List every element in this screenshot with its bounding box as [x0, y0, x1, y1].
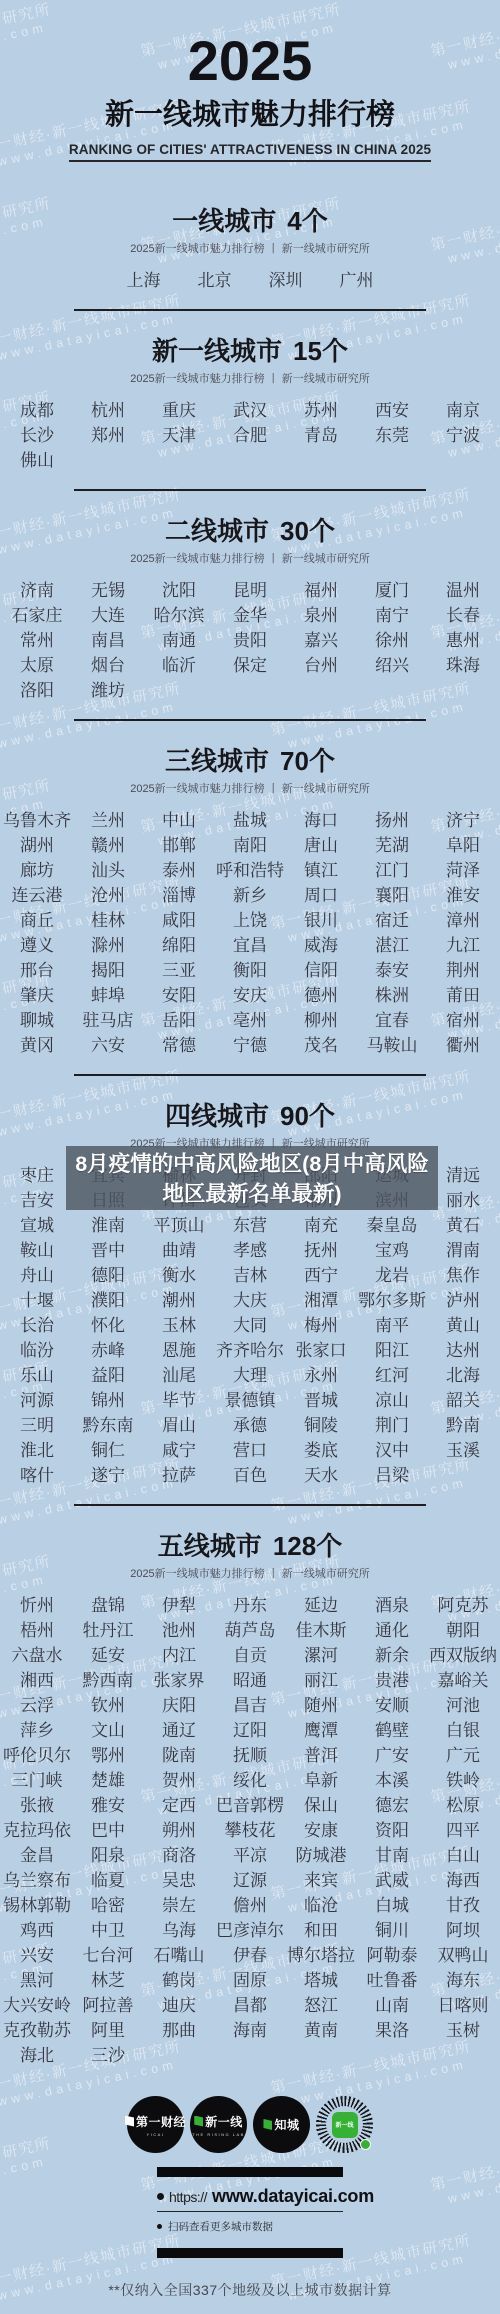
- qr-code-logo: 新一线: [316, 2096, 373, 2153]
- city-name: 攀枝花: [215, 1818, 286, 1843]
- city-name: 株洲: [357, 983, 428, 1008]
- city-name: 嘉兴: [286, 628, 357, 653]
- city-name: 甘南: [357, 1843, 428, 1868]
- city-name: 海西: [428, 1868, 499, 1893]
- city-name: 肇庆: [2, 983, 73, 1008]
- city-name: 黑河: [2, 1968, 73, 1993]
- city-name: 毕节: [144, 1388, 215, 1413]
- city-name: 河池: [428, 1693, 499, 1718]
- city-name: 南平: [357, 1313, 428, 1338]
- city-name: 邢台: [2, 958, 73, 983]
- city-name: 平顶山: [144, 1213, 215, 1238]
- city-name: 淮安: [428, 883, 499, 908]
- footer: 第一财经 YICAI 新一线 THE RISING LAB 知城 新一线 htt…: [0, 2096, 500, 2300]
- city-name: 西安: [357, 398, 428, 423]
- city-name: 大理: [215, 1363, 286, 1388]
- section-divider: [74, 1074, 426, 1076]
- city-name: 珠海: [428, 653, 499, 678]
- city-name: 鸡西: [2, 1918, 73, 1943]
- city-name: 武威: [357, 1868, 428, 1893]
- city-name: 金华: [215, 603, 286, 628]
- city-name: 荆门: [357, 1413, 428, 1438]
- city-name: 阳泉: [73, 1843, 144, 1868]
- city-name: 资阳: [357, 1818, 428, 1843]
- city-name: 上饶: [215, 908, 286, 933]
- section-divider: [74, 719, 426, 721]
- city-name: 伊犁: [144, 1593, 215, 1618]
- city-name: 儋州: [215, 1893, 286, 1918]
- city-name: 平凉: [215, 1843, 286, 1868]
- footer-bar-top: [157, 2167, 343, 2177]
- city-name: 安顺: [357, 1693, 428, 1718]
- city-name: 铜仁: [73, 1438, 144, 1463]
- city-name: 晋城: [286, 1388, 357, 1413]
- city-name: 玉林: [144, 1313, 215, 1338]
- city-name: 安康: [286, 1818, 357, 1843]
- scan-hint-text: 扫码查看更多城市数据: [168, 2219, 273, 2234]
- city-name: 鄂州: [73, 1743, 144, 1768]
- city-name: 盘锦: [73, 1593, 144, 1618]
- city-name: 信阳: [286, 958, 357, 983]
- city-name: 韶关: [428, 1388, 499, 1413]
- city-name: 江门: [357, 858, 428, 883]
- city-name: 十堰: [2, 1288, 73, 1313]
- city-name: 辽源: [215, 1868, 286, 1893]
- city-name: 沈阳: [144, 578, 215, 603]
- city-name: 昆明: [215, 578, 286, 603]
- city-name: 定西: [144, 1793, 215, 1818]
- city-name: 临沧: [286, 1893, 357, 1918]
- city-name: 梧州: [2, 1618, 73, 1643]
- city-name: 烟台: [73, 653, 144, 678]
- city-name: 塔城: [286, 1968, 357, 1993]
- rising-lab-mark-icon: [194, 2116, 203, 2127]
- city-name: 聊城: [2, 1008, 73, 1033]
- city-name: 龙岩: [357, 1263, 428, 1288]
- city-name: 天水: [286, 1463, 357, 1488]
- url-host: www.datayicai.com: [212, 2186, 374, 2207]
- city-name: 菏泽: [428, 858, 499, 883]
- city-name: 新乡: [215, 883, 286, 908]
- city-name: 中山: [144, 808, 215, 833]
- city-name: 昌都: [215, 1993, 286, 2018]
- city-name: 芜湖: [357, 833, 428, 858]
- city-name: 海南: [215, 2018, 286, 2043]
- city-name: 茂名: [286, 1033, 357, 1058]
- city-name: 本溪: [357, 1768, 428, 1793]
- city-name: 连云港: [2, 883, 73, 908]
- bullet-icon: [157, 2193, 164, 2200]
- city-name: 贵港: [357, 1668, 428, 1693]
- city-name: 松原: [428, 1793, 499, 1818]
- city-name: 安庆: [215, 983, 286, 1008]
- city-name: 西双版纳: [428, 1643, 499, 1668]
- city-name: 海东: [428, 1968, 499, 1993]
- city-name: 和田: [286, 1918, 357, 1943]
- city-name: 三亚: [144, 958, 215, 983]
- city-name: 四平: [428, 1818, 499, 1843]
- city-name: 九江: [428, 933, 499, 958]
- city-name: 嘉峪关: [428, 1668, 499, 1693]
- city-name: 新余: [357, 1643, 428, 1668]
- rising-lab-logo-sub: THE RISING LAB: [192, 2132, 245, 2137]
- city-name: 宝鸡: [357, 1238, 428, 1263]
- city-name: 山南: [357, 1993, 428, 2018]
- city-name: 自贡: [215, 1643, 286, 1668]
- city-name: 清远: [428, 1163, 499, 1188]
- city-name: 沧州: [73, 883, 144, 908]
- city-name: 汕头: [73, 858, 144, 883]
- yicai-logo: 第一财经 YICAI: [127, 2096, 184, 2153]
- city-name: 萍乡: [2, 1718, 73, 1743]
- city-name: 三门峡: [2, 1768, 73, 1793]
- city-name: 阜阳: [428, 833, 499, 858]
- city-name: 普洱: [286, 1743, 357, 1768]
- city-name: 林芝: [73, 1968, 144, 1993]
- city-name: 洛阳: [2, 678, 73, 703]
- city-name: 伊春: [215, 1943, 286, 1968]
- city-name: 石家庄: [2, 603, 73, 628]
- city-name: 内江: [144, 1643, 215, 1668]
- city-name: 荆州: [428, 958, 499, 983]
- city-name: 鄂尔多斯: [357, 1288, 428, 1313]
- city-name: 商洛: [144, 1843, 215, 1868]
- city-name: 泰安: [357, 958, 428, 983]
- city-name: 秦皇岛: [357, 1213, 428, 1238]
- city-name: 银川: [286, 908, 357, 933]
- city-name: 随州: [286, 1693, 357, 1718]
- city-name: 海北: [2, 2043, 73, 2068]
- city-name: 防城港: [286, 1843, 357, 1868]
- city-name: 西宁: [286, 1263, 357, 1288]
- city-name: 孝感: [215, 1238, 286, 1263]
- city-name: 三明: [2, 1413, 73, 1438]
- city-name: 衢州: [428, 1033, 499, 1058]
- city-name: 梅州: [286, 1313, 357, 1338]
- city-name: 丽水: [428, 1188, 499, 1213]
- city-name: 辽阳: [215, 1718, 286, 1743]
- city-name: 衡水: [144, 1263, 215, 1288]
- city-name: 宁德: [215, 1033, 286, 1058]
- banner-overlay: 8月疫情的中高风险地区(8月中高风险地区最新名单最新): [66, 1146, 438, 1210]
- city-name: 赤峰: [73, 1338, 144, 1363]
- city-name: 白银: [428, 1718, 499, 1743]
- city-name: 呼和浩特: [215, 858, 286, 883]
- city-name: 汉中: [357, 1438, 428, 1463]
- city-name: 吉安: [2, 1188, 73, 1213]
- city-name: 哈尔滨: [144, 603, 215, 628]
- city-name: 吐鲁番: [357, 1968, 428, 1993]
- city-name: 喀什: [2, 1463, 73, 1488]
- city-name: 遂宁: [73, 1463, 144, 1488]
- city-name: 焦作: [428, 1263, 499, 1288]
- city-name: 延安: [73, 1643, 144, 1668]
- city-name: 果洛: [357, 2018, 428, 2043]
- city-name: 济宁: [428, 808, 499, 833]
- city-name: 兰州: [73, 808, 144, 833]
- city-name: 铜川: [357, 1918, 428, 1943]
- city-name: 绍兴: [357, 653, 428, 678]
- city-name: 濮阳: [73, 1288, 144, 1313]
- city-name: 铁岭: [428, 1768, 499, 1793]
- city-name: 绥化: [215, 1768, 286, 1793]
- city-name: 苏州: [286, 398, 357, 423]
- qr-center-label: 新一线: [332, 2112, 358, 2138]
- city-name: 朝阳: [428, 1618, 499, 1643]
- city-name: 黔东南: [73, 1413, 144, 1438]
- city-name: 宣城: [2, 1213, 73, 1238]
- city-name: 金昌: [2, 1843, 73, 1868]
- section-tier-3: 三线城市70个2025新一线城市魅力排行榜 丨 新一线城市研究所乌鲁木齐兰州中山…: [0, 746, 500, 1076]
- city-name: 乐山: [2, 1363, 73, 1388]
- city-name: 文山: [73, 1718, 144, 1743]
- city-name: 陇南: [144, 1743, 215, 1768]
- city-name: 三沙: [73, 2043, 144, 2068]
- city-name: 南通: [144, 628, 215, 653]
- city-name: 黔南: [428, 1413, 499, 1438]
- city-name: 漳州: [428, 908, 499, 933]
- city-name: 长沙: [2, 423, 73, 448]
- city-name: 丽江: [286, 1668, 357, 1693]
- city-name: 牡丹江: [73, 1618, 144, 1643]
- city-name: 廊坊: [2, 858, 73, 883]
- city-name: 上海: [108, 268, 179, 293]
- city-name: 岳阳: [144, 1008, 215, 1033]
- city-name: 福州: [286, 578, 357, 603]
- city-name: 延边: [286, 1593, 357, 1618]
- city-name: 迪庆: [144, 1993, 215, 2018]
- city-name: 台州: [286, 653, 357, 678]
- city-name: 眉山: [144, 1413, 215, 1438]
- city-name: 景德镇: [215, 1388, 286, 1413]
- city-name: 张掖: [2, 1793, 73, 1818]
- city-name: 湘潭: [286, 1288, 357, 1313]
- city-name: 克拉玛依: [2, 1818, 73, 1843]
- section-source: 2025新一线城市魅力排行榜 丨 新一线城市研究所: [0, 550, 500, 566]
- city-name: 白城: [357, 1893, 428, 1918]
- city-grid: 乌鲁木齐兰州中山盐城海口扬州济宁湖州赣州邯郸南阳唐山芜湖阜阳廊坊汕头泰州呼和浩特…: [0, 808, 500, 1058]
- city-name: 铜陵: [286, 1413, 357, 1438]
- city-name: 锦州: [73, 1388, 144, 1413]
- city-name: 湖州: [2, 833, 73, 858]
- city-name: 忻州: [2, 1593, 73, 1618]
- city-name: 东营: [215, 1213, 286, 1238]
- city-name: 重庆: [144, 398, 215, 423]
- section-title: 四线城市90个: [0, 1101, 500, 1131]
- bullet-icon: [157, 2224, 162, 2229]
- city-name: 大兴安岭: [2, 1993, 73, 2018]
- city-name: 潮州: [144, 1288, 215, 1313]
- city-name: 乌海: [144, 1918, 215, 1943]
- city-name: 济南: [2, 578, 73, 603]
- title-year: 2025: [0, 33, 500, 89]
- rising-lab-logo: 新一线 THE RISING LAB: [190, 2096, 247, 2153]
- city-name: 丹东: [215, 1593, 286, 1618]
- city-grid: 上海北京深圳广州: [0, 268, 500, 293]
- footnote: **仅纳入全国337个地级及以上城市数据计算: [0, 2280, 500, 2300]
- city-name: 黄南: [286, 2018, 357, 2043]
- city-name: 长治: [2, 1313, 73, 1338]
- city-name: 德州: [286, 983, 357, 1008]
- section-source: 2025新一线城市魅力排行榜 丨 新一线城市研究所: [0, 1565, 500, 1581]
- city-name: 汕尾: [144, 1363, 215, 1388]
- section-source: 2025新一线城市魅力排行榜 丨 新一线城市研究所: [0, 370, 500, 386]
- city-name: 保山: [286, 1793, 357, 1818]
- masthead: 2025 新一线城市魅力排行榜 RANKING OF CITIES' ATTRA…: [0, 0, 500, 162]
- city-name: 杭州: [73, 398, 144, 423]
- city-name: 恩施: [144, 1338, 215, 1363]
- section-tier-2: 二线城市30个2025新一线城市魅力排行榜 丨 新一线城市研究所济南无锡沈阳昆明…: [0, 516, 500, 721]
- section-title: 五线城市128个: [0, 1531, 500, 1561]
- city-name: 临沂: [144, 653, 215, 678]
- city-name: 六盘水: [2, 1643, 73, 1668]
- website-row: https:// www.datayicai.com: [157, 2186, 343, 2212]
- city-name: 娄底: [286, 1438, 357, 1463]
- city-name: 咸阳: [144, 908, 215, 933]
- city-name: 吴忠: [144, 1868, 215, 1893]
- city-name: 玉溪: [428, 1438, 499, 1463]
- city-name: 贵阳: [215, 628, 286, 653]
- city-name: 鹤壁: [357, 1718, 428, 1743]
- city-name: 遵义: [2, 933, 73, 958]
- city-name: 桂林: [73, 908, 144, 933]
- city-name: 楚雄: [73, 1768, 144, 1793]
- city-name: 郑州: [73, 423, 144, 448]
- city-name: 鞍山: [2, 1238, 73, 1263]
- city-name: 邯郸: [144, 833, 215, 858]
- city-name: 青岛: [286, 423, 357, 448]
- city-name: 广安: [357, 1743, 428, 1768]
- city-name: 怀化: [73, 1313, 144, 1338]
- city-name: 漯河: [286, 1643, 357, 1668]
- city-name: 鹤岗: [144, 1968, 215, 1993]
- city-name: 张家口: [286, 1338, 357, 1363]
- city-name: 巴音郭楞: [215, 1793, 286, 1818]
- section-title: 三线城市70个: [0, 746, 500, 776]
- city-name: 滁州: [73, 933, 144, 958]
- yicai-mark-icon: [125, 2116, 134, 2127]
- city-name: 崇左: [144, 1893, 215, 1918]
- city-grid: 成都杭州重庆武汉苏州西安南京长沙郑州天津合肥青岛东莞宁波佛山: [0, 398, 500, 473]
- url-scheme: https://: [169, 2189, 207, 2205]
- yicai-logo-sub: YICAI: [147, 2132, 165, 2137]
- city-name: 承德: [215, 1413, 286, 1438]
- section-divider: [74, 1504, 426, 1506]
- city-name: 怒江: [286, 1993, 357, 2018]
- city-name: 南阳: [215, 833, 286, 858]
- city-name: 白山: [428, 1843, 499, 1868]
- city-name: 固原: [215, 1968, 286, 1993]
- city-name: 曲靖: [144, 1238, 215, 1263]
- city-name: 南京: [428, 398, 499, 423]
- city-name: 日喀则: [428, 1993, 499, 2018]
- city-name: 益阳: [73, 1363, 144, 1388]
- qr-green-dot-icon: [360, 2139, 371, 2150]
- city-name: 宿迁: [357, 908, 428, 933]
- city-name: 温州: [428, 578, 499, 603]
- city-name: 朔州: [144, 1818, 215, 1843]
- city-name: 红河: [357, 1363, 428, 1388]
- city-name: 枣庄: [2, 1163, 73, 1188]
- city-name: 锡林郭勒: [2, 1893, 73, 1918]
- city-name: 徐州: [357, 628, 428, 653]
- city-name: 绵阳: [144, 933, 215, 958]
- city-name: 北海: [428, 1363, 499, 1388]
- city-name: 抚州: [286, 1238, 357, 1263]
- city-name: 襄阳: [357, 883, 428, 908]
- city-name: 齐齐哈尔: [215, 1338, 286, 1363]
- city-name: 石嘴山: [144, 1943, 215, 1968]
- city-name: 马鞍山: [357, 1033, 428, 1058]
- city-name: 营口: [215, 1438, 286, 1463]
- city-name: 安阳: [144, 983, 215, 1008]
- city-name: 成都: [2, 398, 73, 423]
- city-name: 吕梁: [357, 1463, 428, 1488]
- city-name: 海口: [286, 808, 357, 833]
- city-name: 北京: [179, 268, 250, 293]
- city-name: 南昌: [73, 628, 144, 653]
- city-name: 通化: [357, 1618, 428, 1643]
- city-name: 泉州: [286, 603, 357, 628]
- city-name: 酒泉: [357, 1593, 428, 1618]
- sections: 一线城市4个2025新一线城市魅力排行榜 丨 新一线城市研究所上海北京深圳广州新…: [0, 206, 500, 2068]
- city-name: 那曲: [144, 2018, 215, 2043]
- section-source: 2025新一线城市魅力排行榜 丨 新一线城市研究所: [0, 240, 500, 256]
- city-name: 巴中: [73, 1818, 144, 1843]
- city-name: 达州: [428, 1338, 499, 1363]
- city-name: 来宾: [286, 1868, 357, 1893]
- city-name: 长春: [428, 603, 499, 628]
- city-name: 镇江: [286, 858, 357, 883]
- city-name: 通辽: [144, 1718, 215, 1743]
- city-name: 吉林: [215, 1263, 286, 1288]
- city-name: 商丘: [2, 908, 73, 933]
- city-name: 德宏: [357, 1793, 428, 1818]
- city-name: 赣州: [73, 833, 144, 858]
- footer-logos: 第一财经 YICAI 新一线 THE RISING LAB 知城 新一线: [0, 2096, 500, 2153]
- section-title: 一线城市4个: [0, 206, 500, 236]
- section-title: 二线城市30个: [0, 516, 500, 546]
- rising-lab-logo-label: 新一线: [194, 2113, 243, 2130]
- page-subtitle-en: RANKING OF CITIES' ATTRACTIVENESS IN CHI…: [69, 142, 431, 162]
- city-name: 临汾: [2, 1338, 73, 1363]
- city-name: 黄冈: [2, 1033, 73, 1058]
- city-name: 湛江: [357, 933, 428, 958]
- city-name: 克孜勒苏: [2, 2018, 73, 2043]
- city-name: 南充: [286, 1213, 357, 1238]
- city-name: 蚌埠: [73, 983, 144, 1008]
- city-name: 常州: [2, 628, 73, 653]
- city-name: 大连: [73, 603, 144, 628]
- city-name: 甘孜: [428, 1893, 499, 1918]
- city-name: 广州: [321, 268, 392, 293]
- city-name: 合肥: [215, 423, 286, 448]
- zhicheng-logo: 知城: [253, 2096, 310, 2153]
- scan-hint-row: 扫码查看更多城市数据: [157, 2219, 343, 2234]
- city-name: 博尔塔拉: [286, 1943, 357, 1968]
- section-divider: [74, 489, 426, 491]
- city-name: 昌吉: [215, 1693, 286, 1718]
- city-name: 厦门: [357, 578, 428, 603]
- city-name: 唐山: [286, 833, 357, 858]
- city-name: 玉树: [428, 2018, 499, 2043]
- section-title: 新一线城市15个: [0, 336, 500, 366]
- city-name: 衡阳: [215, 958, 286, 983]
- city-grid: 枣庄宜宾榆林开封邵阳运城清远吉安日照许昌包头郴州滨州丽水宣城淮南平顶山东营南充秦…: [0, 1163, 500, 1488]
- zhicheng-mark-icon: [263, 2119, 272, 2130]
- city-name: 葫芦岛: [215, 1618, 286, 1643]
- city-name: 云浮: [2, 1693, 73, 1718]
